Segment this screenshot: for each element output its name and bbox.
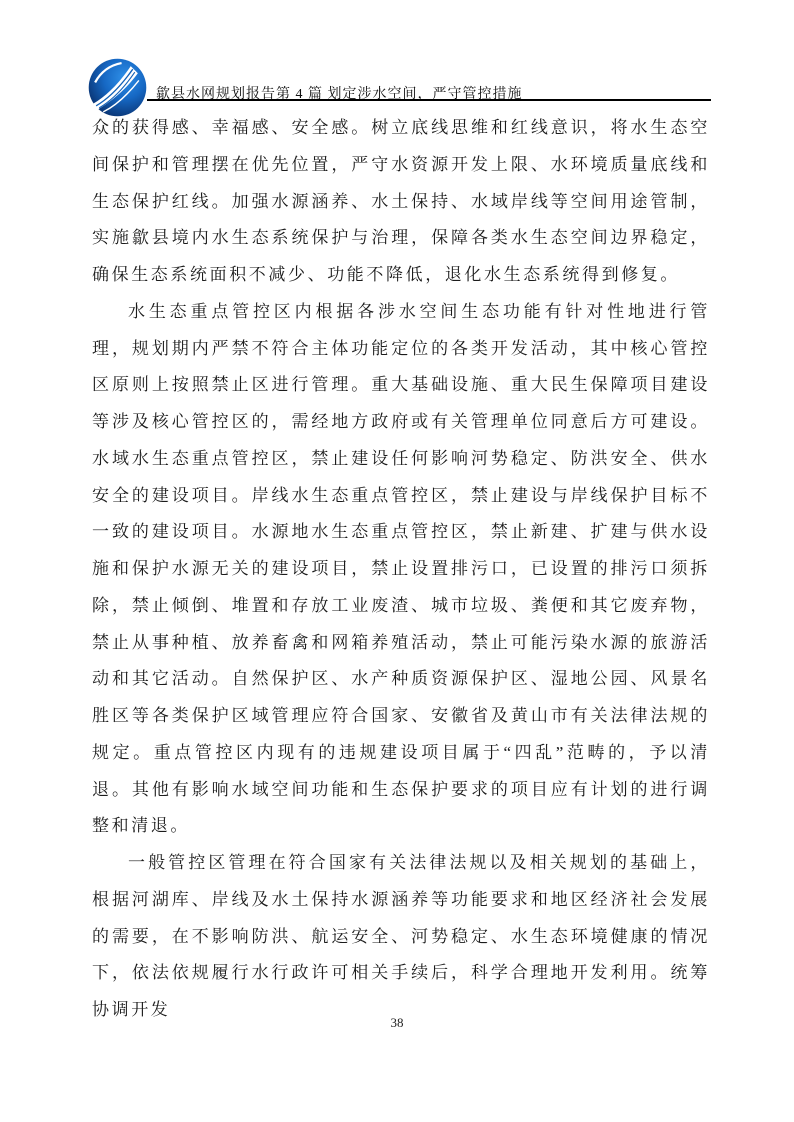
paragraph-3: 一般管控区管理在符合国家有关法律法规以及相关规划的基础上，根据河湖库、岸线及水土…: [92, 845, 710, 1029]
water-network-logo-icon: [88, 58, 147, 117]
document-page: 歙县水网规划报告第 4 篇 划定涉水空间，严守管控措施 众的获得感、幸福感、安全…: [0, 0, 794, 1122]
page-footer: 38: [0, 1015, 794, 1031]
paragraph-2: 水生态重点管控区内根据各涉水空间生态功能有针对性地进行管理，规划期内严禁不符合主…: [92, 294, 710, 845]
document-body: 众的获得感、幸福感、安全感。树立底线思维和红线意识，将水生态空间保护和管理摆在优…: [92, 110, 710, 1029]
paragraph-1: 众的获得感、幸福感、安全感。树立底线思维和红线意识，将水生态空间保护和管理摆在优…: [92, 110, 710, 294]
page-number: 38: [391, 1015, 404, 1030]
header-title: 歙县水网规划报告第 4 篇 划定涉水空间，严守管控措施: [156, 83, 523, 103]
